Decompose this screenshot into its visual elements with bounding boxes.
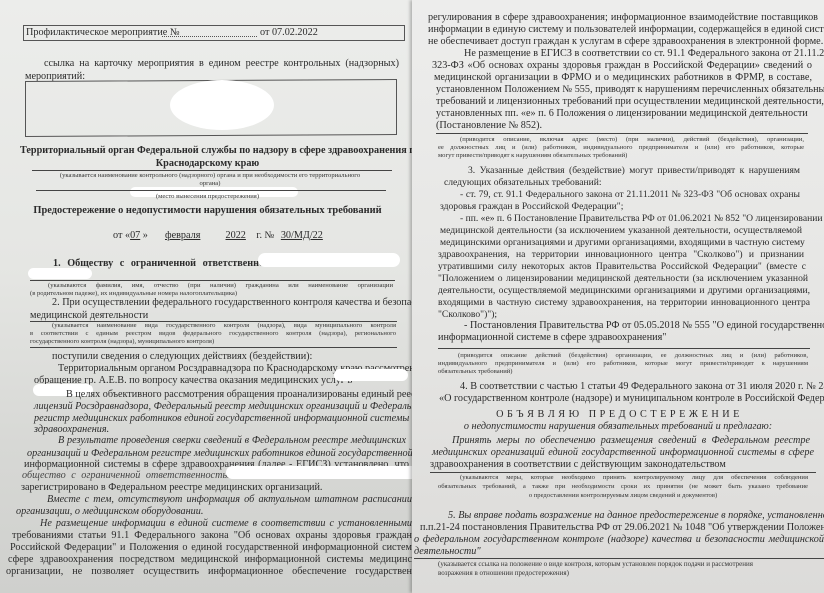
- date-day: 07: [130, 230, 140, 241]
- declare-title: О Б Ъ Я В Л Я Ю П Р Е Д О С Т Е Р Е Ж Е …: [412, 409, 824, 422]
- hint2-rule: [438, 348, 810, 349]
- authority-hint-line1: (указывается наименование контрольного (…: [30, 172, 390, 180]
- item1-hint-line1: (указываются фамилия, имя, отчество (при…: [48, 282, 393, 290]
- event-date: от 07.02.2022: [260, 27, 318, 40]
- hint4-line-1: возражения в отношении предостережения): [438, 569, 569, 577]
- item3-line-5: медицинской деятельности (за исключением…: [440, 225, 802, 238]
- egisz-line-1: 323-ФЗ «Об основах охраны здоровья гражд…: [432, 60, 812, 73]
- non-placement-line-2: Российской Федерации" и Положения о един…: [10, 542, 412, 555]
- date-month: февраля: [153, 230, 212, 241]
- item3-line-11: входящими в частную систему здравоохране…: [438, 297, 810, 310]
- result-line-4: зарегистрировано в Федеральном реестре м…: [21, 482, 322, 495]
- card-link-line1: ссылка на карточку мероприятия в едином …: [44, 58, 399, 71]
- item3-line-3: здоровья граждан в Российской Федерации"…: [440, 201, 623, 214]
- together-line-0: Вместе с тем, отсутствуют информация об …: [47, 494, 412, 507]
- item4-line-1: «О государственном контроле (надзоре) и …: [439, 393, 824, 406]
- document-number: 30/МД/22: [277, 230, 337, 241]
- number-prefix: г. №: [256, 230, 274, 241]
- analysis-line-0: В целях объективного рассмотрения обраще…: [66, 389, 396, 402]
- authority-line1: Территориальный орган Федеральной службы…: [20, 145, 395, 158]
- egisz-line-6: (Постановление № 852).: [436, 120, 542, 133]
- item3-line-8: утратившими силу некоторых актов Правите…: [438, 261, 806, 274]
- item3-line-7: здравоохранения, на территории инновацио…: [438, 249, 804, 262]
- egisz-line-3: установленном Положением № 555, приводят…: [436, 84, 810, 97]
- authority-rule: [32, 170, 392, 171]
- item3-line-0: 3. Указанные действия (бездействие) могу…: [468, 165, 800, 178]
- hint1-line-1: ее должностных лиц и (или) работников, и…: [438, 144, 804, 152]
- top-line-0: регулирования в сфере здравоохранения; и…: [428, 12, 818, 25]
- egisz-line-0: Не размещение в ЕГИСЗ в соответствии со …: [464, 48, 814, 61]
- item3-line-13: - Постановления Правительства РФ от 05.0…: [464, 320, 808, 333]
- item2-hint-line1: (указывается наименование вида государст…: [52, 322, 396, 330]
- item3-line-2: - ст. 79, ст. 91.1 Федерального закона о…: [460, 189, 800, 202]
- item1-rule: [30, 280, 395, 281]
- item2-line1: 2. При осуществлении федерального госуда…: [52, 297, 397, 310]
- redacted-card-link: [170, 80, 274, 130]
- result-line-0: В результате проведения сверки сведений …: [58, 435, 406, 448]
- item3-line-14: информационной системе в сфере здравоохр…: [438, 332, 666, 345]
- hint4-line-0: (указывается ссылка на положение о виде …: [438, 560, 753, 568]
- hint3-line-1: обязательных требований, а также при нео…: [438, 483, 808, 491]
- document-page-right: регулирования в сфере здравоохранения; и…: [412, 0, 824, 593]
- top-line-2: не обеспечивает доступ граждан к услугам…: [428, 36, 823, 49]
- non-placement-line-1: требованиями статьи 91.1 Федерального за…: [12, 530, 412, 543]
- item2-hint-line2: в соответствии с единым реестром видов ф…: [30, 330, 396, 338]
- date-line: от «07 » февраля 2022 г. № 30/МД/22: [113, 230, 337, 243]
- date-year: 2022: [218, 230, 254, 241]
- redacted-org-name-cont: [28, 268, 92, 279]
- analysis-line-1: лицензий Росздравнадзора, Федеральный ре…: [34, 401, 397, 414]
- top-line-1: информации в единую систему и пользовате…: [428, 24, 820, 37]
- non-placement-line-3: сфере здравоохранения посредством медици…: [8, 554, 412, 567]
- declare-subtitle: о недопустимости нарушения обязательных …: [412, 421, 824, 434]
- hint1-rule: [436, 133, 808, 134]
- item2-hint-line3: государственного контроля (надзора), мун…: [30, 338, 214, 346]
- item4-line-0: 4. В соответствии с частью 1 статьи 49 Ф…: [460, 381, 824, 394]
- measures-line-0: Принять меры по обеспечению размещения с…: [452, 435, 810, 448]
- egisz-line-2: медицинской организации в ФРМО и о медиц…: [434, 72, 812, 85]
- date-prefix: от «: [113, 230, 130, 241]
- result-line-3: общество с ограниченной ответственностью: [22, 470, 234, 483]
- hint2-line-2: обязательных требований): [438, 368, 512, 376]
- redacted-clinic-name: [334, 369, 408, 381]
- non-placement-line-4: организации, не позволяет осуществить ин…: [6, 566, 412, 579]
- item5-line-0: 5. Вы вправе подать возражение на данное…: [448, 510, 824, 523]
- item3-line-1: следующих обязательных требований:: [444, 177, 602, 190]
- item5-line-3: деятельности": [414, 546, 481, 559]
- item3-line-9: "Положением о лицензировании медицинской…: [438, 273, 808, 286]
- hint1-line-0: (приводится описание, включая адрес (мес…: [460, 136, 804, 144]
- hint3-line-0: (указываются меры, которые необходимо пр…: [460, 474, 808, 482]
- non-placement-line-0: Не размещение информации в единой систем…: [40, 518, 412, 531]
- hint3-line-2: о предоставлении контролируемым лицом св…: [438, 492, 808, 500]
- item3-line-10: деятельности, осуществляемой медицинским…: [438, 285, 810, 298]
- item5-line-2: о федеральном государственном контроле (…: [414, 534, 824, 547]
- item3-line-6: медицинскими организациями и другими орг…: [440, 237, 802, 250]
- measures-line-1: медицинских организаций единой государст…: [432, 447, 814, 460]
- item3-line-4: - пп. «е» п. 6 Постановление Правительст…: [460, 213, 802, 226]
- event-number-label: Профилактическое мероприятие №: [26, 27, 180, 40]
- document-title: Предостережение о недопустимости нарушен…: [20, 205, 395, 218]
- redacted-org-name-2: [226, 466, 412, 479]
- hint2-line-1: индивидуального предпринимателя и (или) …: [438, 360, 808, 368]
- authority-line2: Краснодарскому краю: [20, 158, 395, 171]
- item5-rule: [414, 558, 824, 559]
- item5-line-1: п.п.21-24 постановления Правительства РФ…: [420, 522, 824, 535]
- egisz-line-4: требований и лицензионных требований при…: [436, 96, 810, 109]
- egisz-line-5: установленных пп. «е» п. 6 Положения о л…: [436, 108, 806, 121]
- place-hint: (место вынесения предостережения): [30, 193, 385, 201]
- hint1-line-2: могут привести/приводят к нарушениям обя…: [438, 152, 627, 160]
- date-mid: »: [143, 230, 148, 241]
- measures-text-1: медицинских организаций единой государст…: [432, 447, 814, 458]
- item2-hint-rule: [30, 347, 397, 348]
- together-line-1: организации, о медицинском оборудовании.: [16, 506, 203, 519]
- event-number-blank: [162, 36, 257, 37]
- measures-line-2: здравоохранения в соответствии с действу…: [430, 459, 726, 472]
- measures-rule: [430, 472, 816, 473]
- received-line: поступили сведения о следующих действиях…: [52, 351, 312, 364]
- place-rule: [36, 190, 386, 191]
- hint2-line-0: (приводится описание действий (бездейств…: [458, 352, 808, 360]
- document-page-left: Профилактическое мероприятие № от 07.02.…: [0, 0, 412, 593]
- redacted-org-name: [258, 253, 400, 267]
- non-placement-text-0: Не размещение информации в единой систем…: [40, 518, 412, 529]
